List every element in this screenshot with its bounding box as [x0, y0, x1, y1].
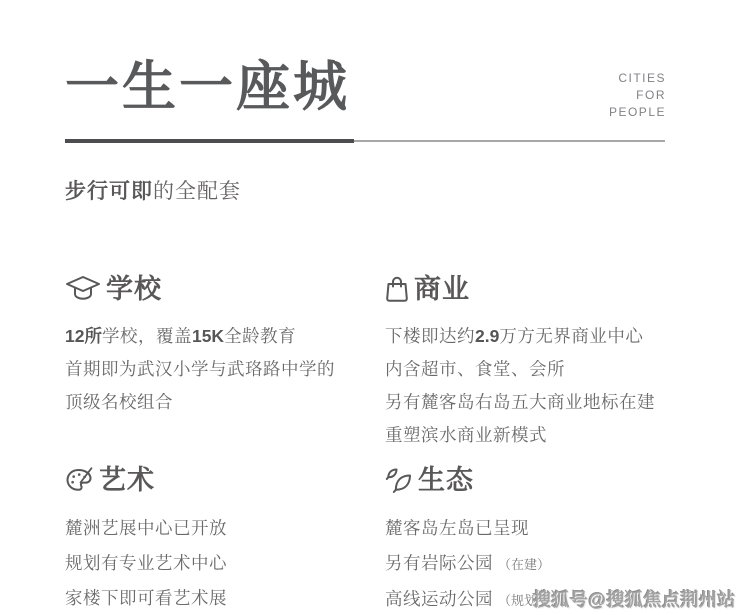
section-title: 艺术: [99, 462, 155, 498]
section-school-header: 学校: [65, 271, 385, 307]
text-segment: 15K: [192, 326, 224, 346]
text-segment: 下楼即达约: [385, 326, 475, 346]
text-segment: 万方无界商业中心: [499, 326, 643, 346]
page-title: 一生一座城: [65, 56, 350, 118]
tagline-line: CITIES: [609, 70, 666, 87]
section-line: 规划有专业艺术中心: [65, 546, 385, 581]
subtitle-regular-text: 的全配套: [153, 180, 241, 203]
section-title: 商业: [414, 271, 470, 307]
tagline-line: FOR: [609, 87, 666, 104]
section-line: 另有岩际公园（在建）: [385, 546, 740, 582]
title-underline: [65, 139, 665, 143]
text-segment: 2.9: [475, 326, 499, 346]
amenity-grid: 学校 12所学校，覆盖15K全龄教育 首期即为武汉小学与武珞路中学的 顶级名校组…: [65, 271, 740, 615]
section-line: 顶级名校组合: [65, 386, 385, 419]
section-ecology-header: 生态: [385, 462, 740, 498]
section-school: 学校 12所学校，覆盖15K全龄教育 首期即为武汉小学与武珞路中学的 顶级名校组…: [65, 271, 385, 452]
section-business: 商业 下楼即达约2.9万方无界商业中心 内含超市、食堂、会所 另有麓客岛右岛五大…: [385, 271, 740, 452]
text-segment: 12所: [65, 326, 102, 346]
section-line: 麓客岛左岛已呈现: [385, 511, 740, 546]
palette-icon: [65, 466, 94, 494]
section-title: 生态: [418, 462, 474, 498]
section-line: 另有麓客岛右岛五大商业地标在建: [385, 386, 740, 419]
underline-dark-segment: [65, 139, 354, 143]
text-segment: 高线运动公园: [385, 589, 493, 609]
section-line: 内含超市、食堂、会所: [385, 353, 740, 386]
section-art-header: 艺术: [65, 462, 385, 498]
shopping-bag-icon: [385, 275, 409, 303]
section-line: 麓洲艺展中心已开放: [65, 511, 385, 546]
section-line: 下楼即达约2.9万方无界商业中心: [385, 320, 740, 353]
text-segment: 学校，覆盖: [102, 326, 192, 346]
section-school-body: 12所学校，覆盖15K全龄教育 首期即为武汉小学与武珞路中学的 顶级名校组合: [65, 320, 385, 419]
page-header: 一生一座城 CITIES FOR PEOPLE: [65, 56, 666, 121]
subtitle-bold-text: 步行可即: [65, 180, 153, 203]
tagline-line: PEOPLE: [609, 104, 666, 121]
subtitle: 步行可即的全配套: [65, 177, 740, 207]
graduation-cap-icon: [65, 274, 101, 304]
underline-light-segment: [354, 140, 665, 142]
status-note: （在建）: [498, 557, 550, 572]
leaf-icon: [385, 466, 413, 494]
section-art: 艺术 麓洲艺展中心已开放 规划有专业艺术中心 家楼下即可看艺术展: [65, 462, 385, 615]
section-business-body: 下楼即达约2.9万方无界商业中心 内含超市、食堂、会所 另有麓客岛右岛五大商业地…: [385, 320, 740, 452]
section-business-header: 商业: [385, 271, 740, 307]
section-line: 重塑滨水商业新模式: [385, 419, 740, 452]
text-segment: 全龄教育: [224, 326, 296, 346]
text-segment: 另有岩际公园: [385, 553, 493, 573]
section-art-body: 麓洲艺展中心已开放 规划有专业艺术中心 家楼下即可看艺术展: [65, 511, 385, 615]
section-line: 家楼下即可看艺术展: [65, 581, 385, 615]
section-title: 学校: [106, 271, 162, 307]
sohu-watermark: 搜狐号@搜狐焦点荆州站: [533, 586, 736, 612]
section-line: 首期即为武汉小学与武珞路中学的: [65, 353, 385, 386]
tagline: CITIES FOR PEOPLE: [609, 70, 666, 121]
section-line: 12所学校，覆盖15K全龄教育: [65, 320, 385, 353]
